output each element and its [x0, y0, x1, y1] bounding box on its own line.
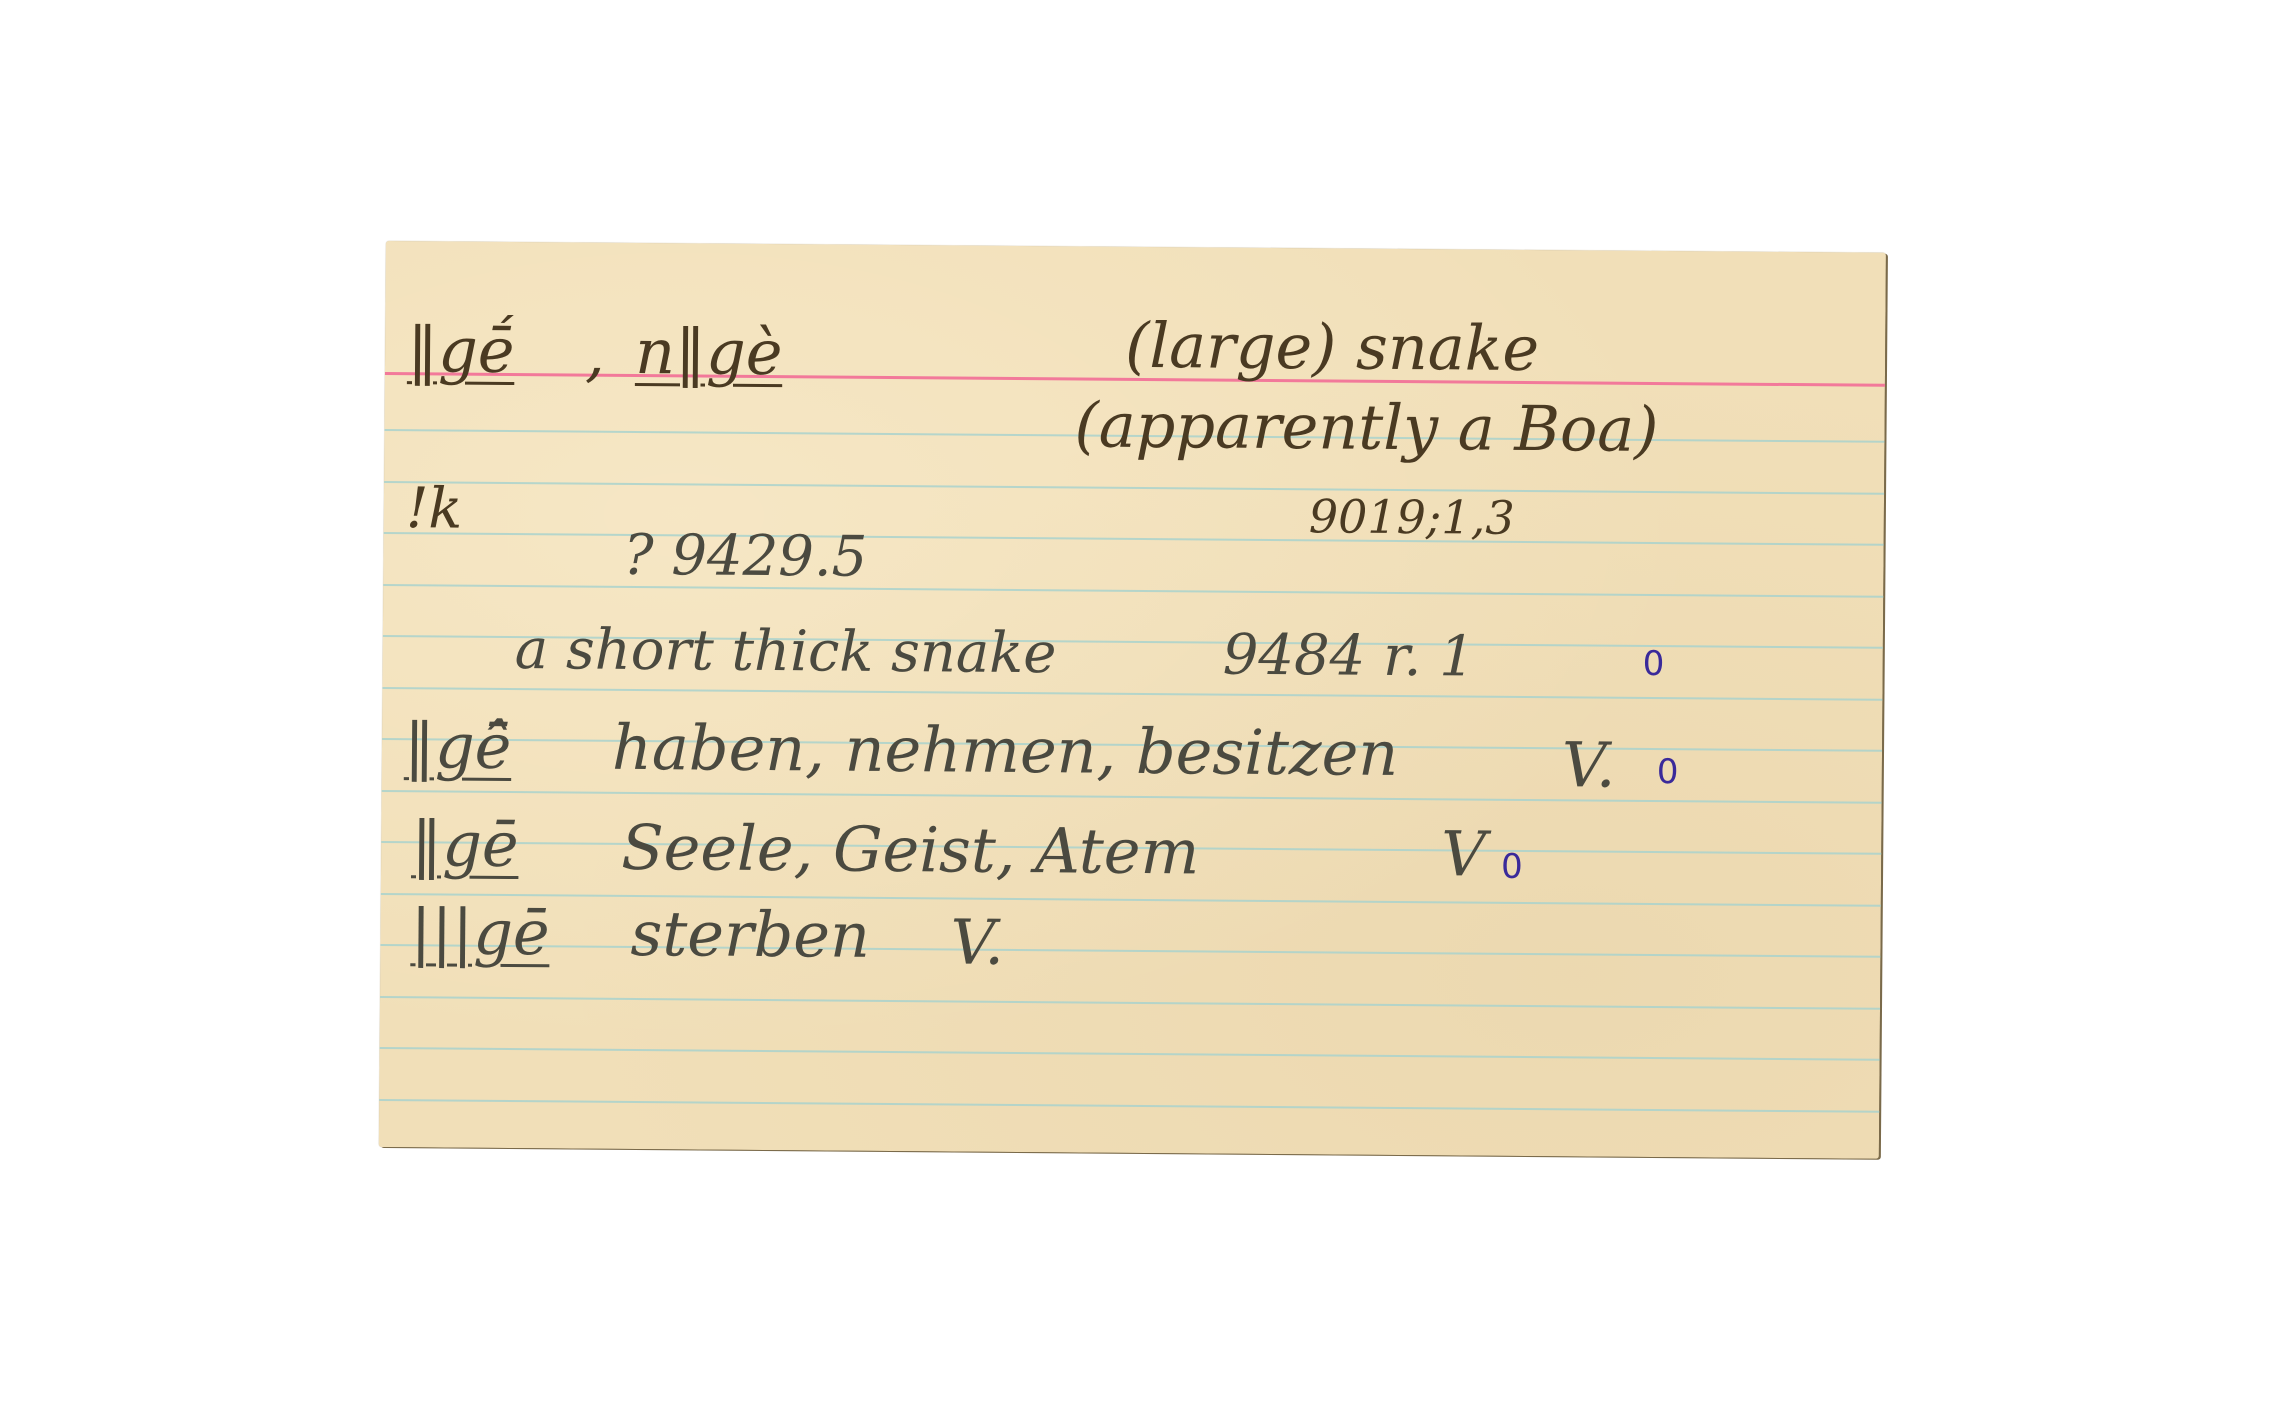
blue-rule [384, 481, 1884, 495]
headword-2: ‖gē̂ [404, 715, 512, 778]
source-v: V [1441, 823, 1486, 885]
language-tag: !k [406, 481, 463, 537]
check-mark-0: 0 [1657, 755, 1679, 789]
variant-headword: n‖gè [635, 321, 783, 384]
headword-3: ‖gē [411, 813, 519, 876]
blue-rule [384, 532, 1884, 546]
reference-9019: 9019;1,3 [1309, 493, 1515, 541]
check-mark-0: 0 [1643, 647, 1665, 681]
source-v: V. [950, 911, 1004, 973]
blue-rule [380, 996, 1880, 1010]
blue-rule [380, 944, 1880, 958]
gloss-apparently-boa: (apparently a Boa) [1074, 394, 1658, 461]
gloss-sterben: sterben [630, 903, 870, 967]
gloss-short-thick-snake: a short thick snake [515, 622, 1057, 682]
check-mark-0: 0 [1501, 850, 1523, 884]
headword-4: |||gē [410, 901, 550, 964]
blue-rule [382, 687, 1882, 701]
headword-1: ‖gḗ [407, 319, 515, 382]
reference-9484: 9484 r. 1 [1223, 628, 1476, 686]
index-card: ‖gḗ , n‖gè (large) snake (apparently a B… [379, 241, 1886, 1159]
separator-comma: , [585, 323, 605, 385]
gloss-haben: haben, nehmen, besitzen [612, 717, 1399, 785]
blue-rule [383, 584, 1883, 598]
blue-rule [382, 790, 1882, 804]
blue-rule [379, 1099, 1879, 1113]
blue-rule [381, 893, 1881, 907]
gloss-large-snake: (large) snake [1125, 315, 1539, 380]
blue-rule [380, 1047, 1880, 1061]
source-v: V. [1562, 734, 1616, 796]
gloss-seele: Seele, Geist, Atem [621, 817, 1200, 884]
reference-9429: ? 9429.5 [623, 528, 867, 586]
